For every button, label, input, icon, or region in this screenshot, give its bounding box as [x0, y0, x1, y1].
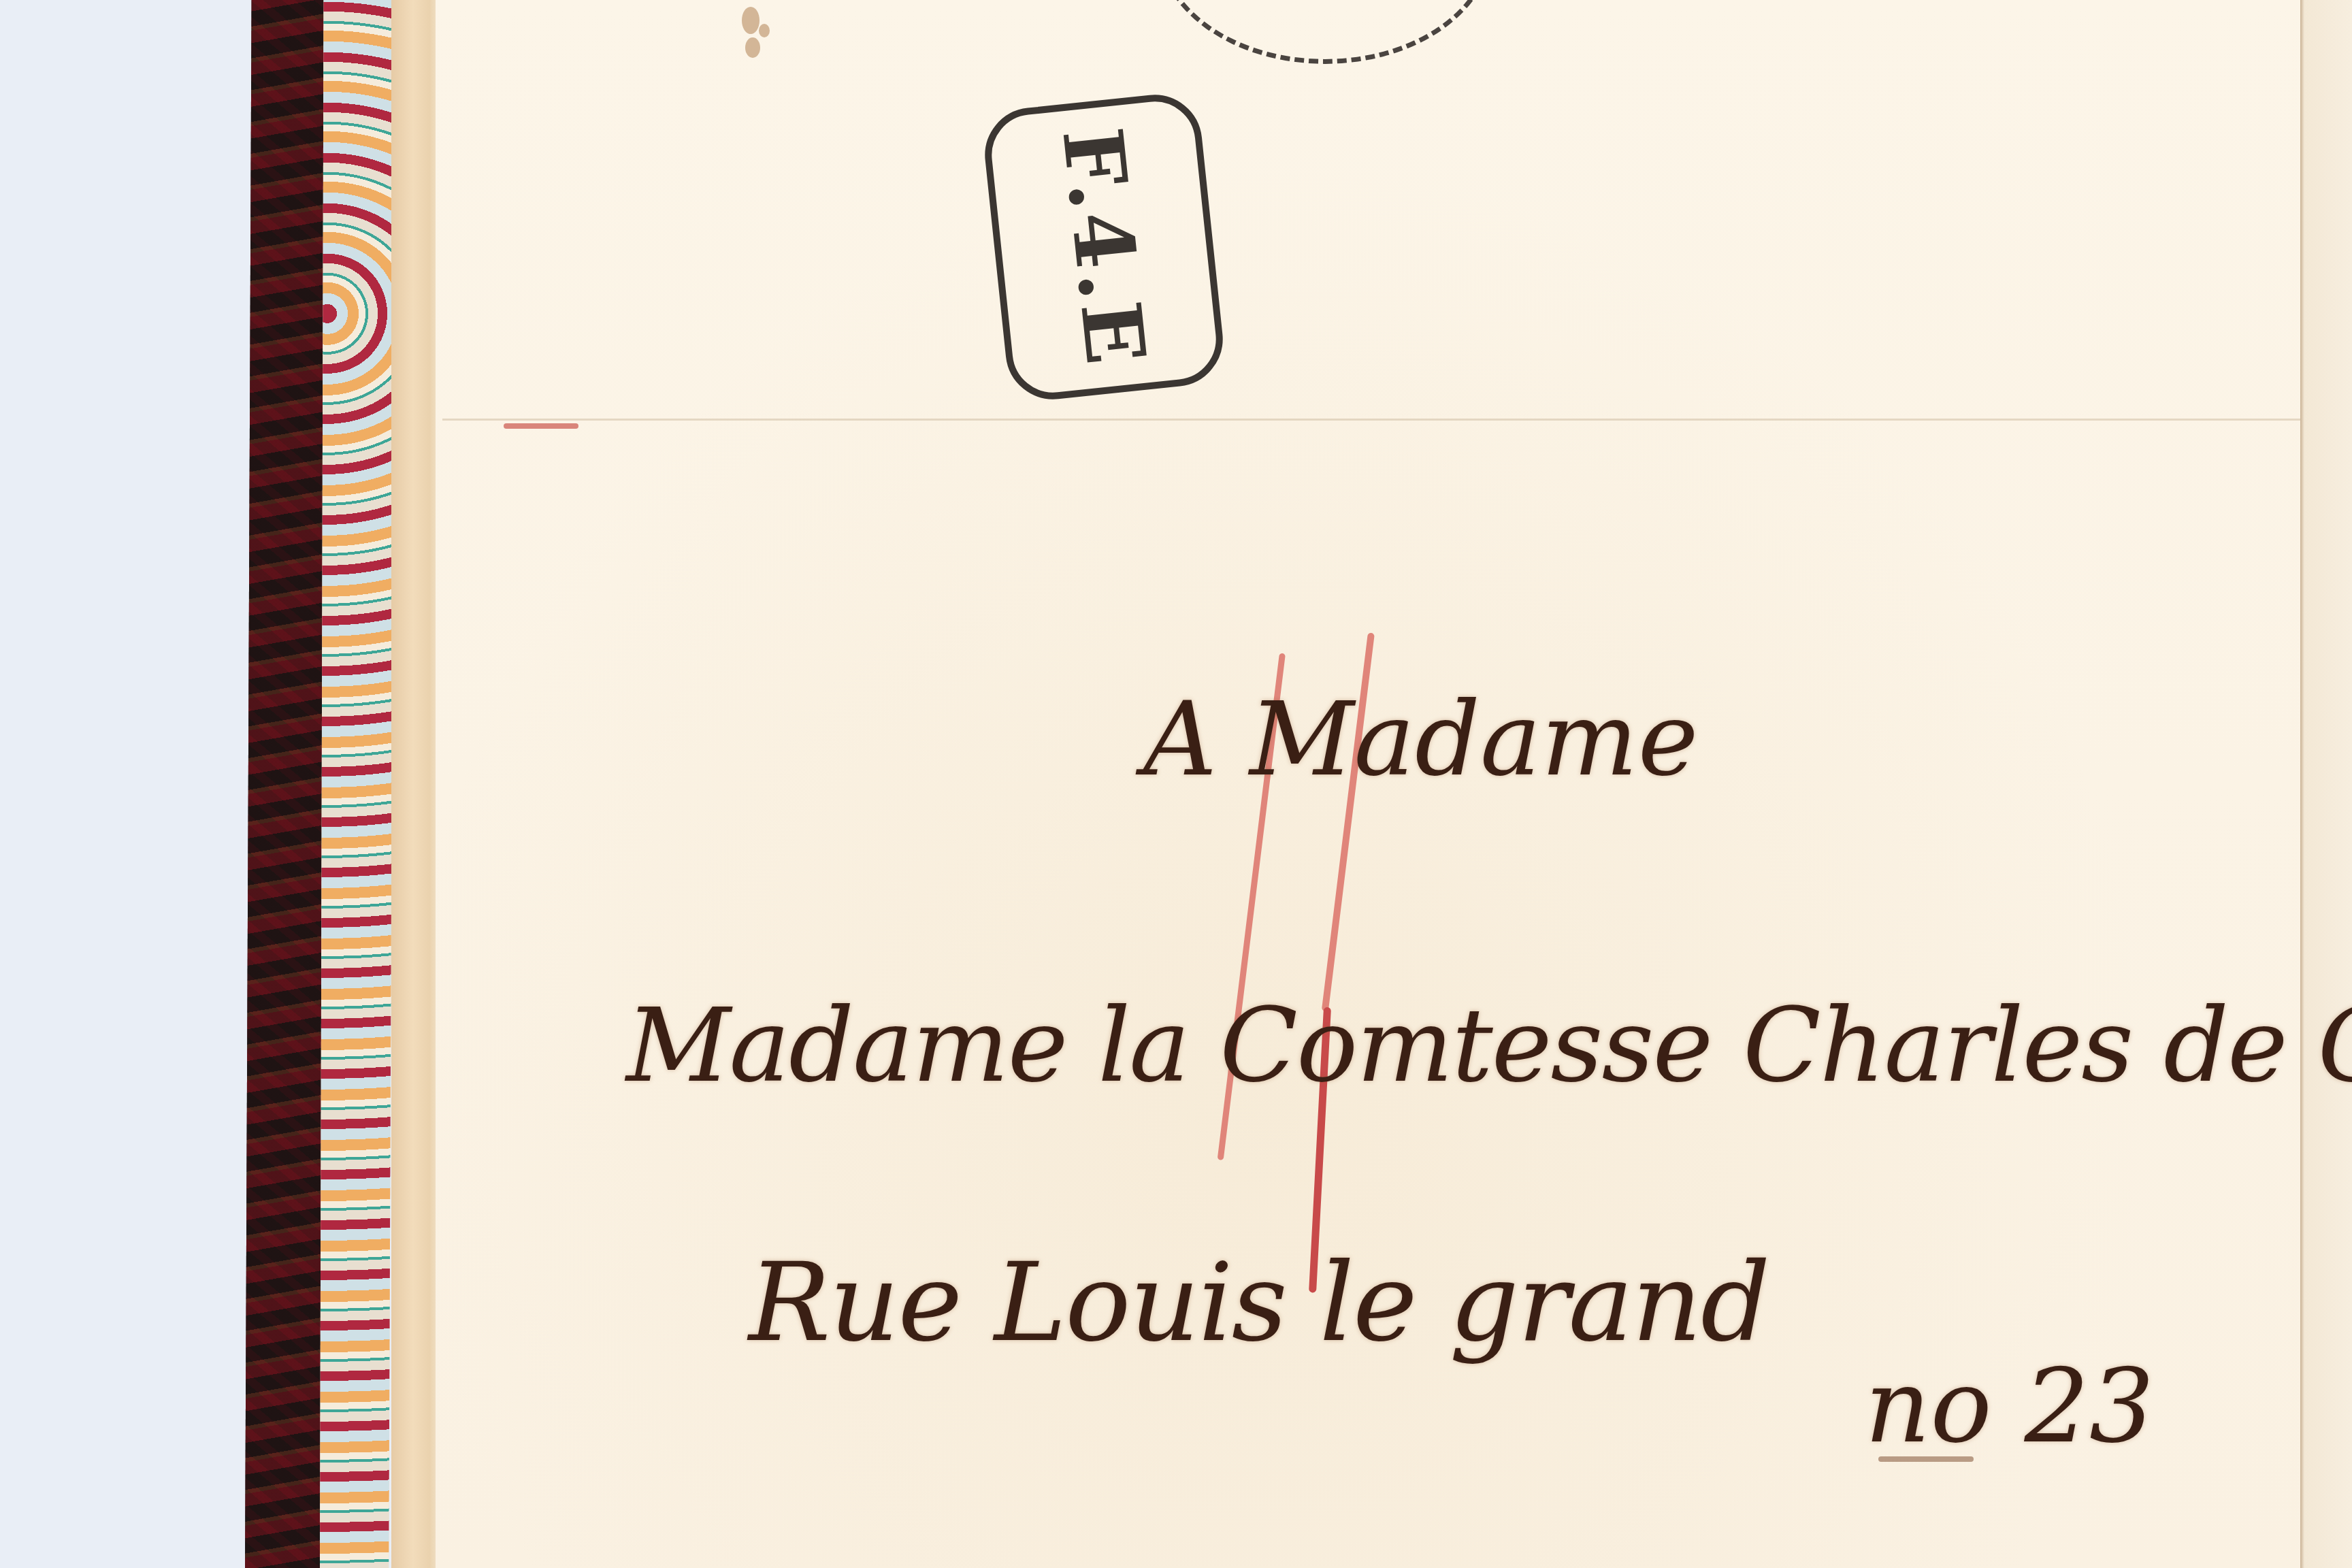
marbled-endpaper — [320, 0, 395, 1568]
red-mark — [504, 423, 578, 429]
address-line-1: A Madame — [1143, 681, 1698, 799]
postmark-text: F.4.E — [1044, 123, 1164, 371]
address-line-2: Madame la Comtesse Charles de Goutaud — [626, 987, 2352, 1105]
ink-stain — [759, 24, 770, 37]
book-binding — [245, 0, 327, 1568]
number-underline — [1878, 1456, 1974, 1462]
ink-stain — [745, 37, 760, 58]
address-line-3: Rue Louis le grand — [749, 1239, 1769, 1366]
house-number: no 23 — [1865, 1347, 2154, 1466]
ink-stain — [742, 7, 759, 34]
right-page-edge — [2300, 0, 2352, 1568]
paper-fold-line — [442, 419, 2300, 421]
framed-postmark: F.4.E — [980, 90, 1227, 404]
